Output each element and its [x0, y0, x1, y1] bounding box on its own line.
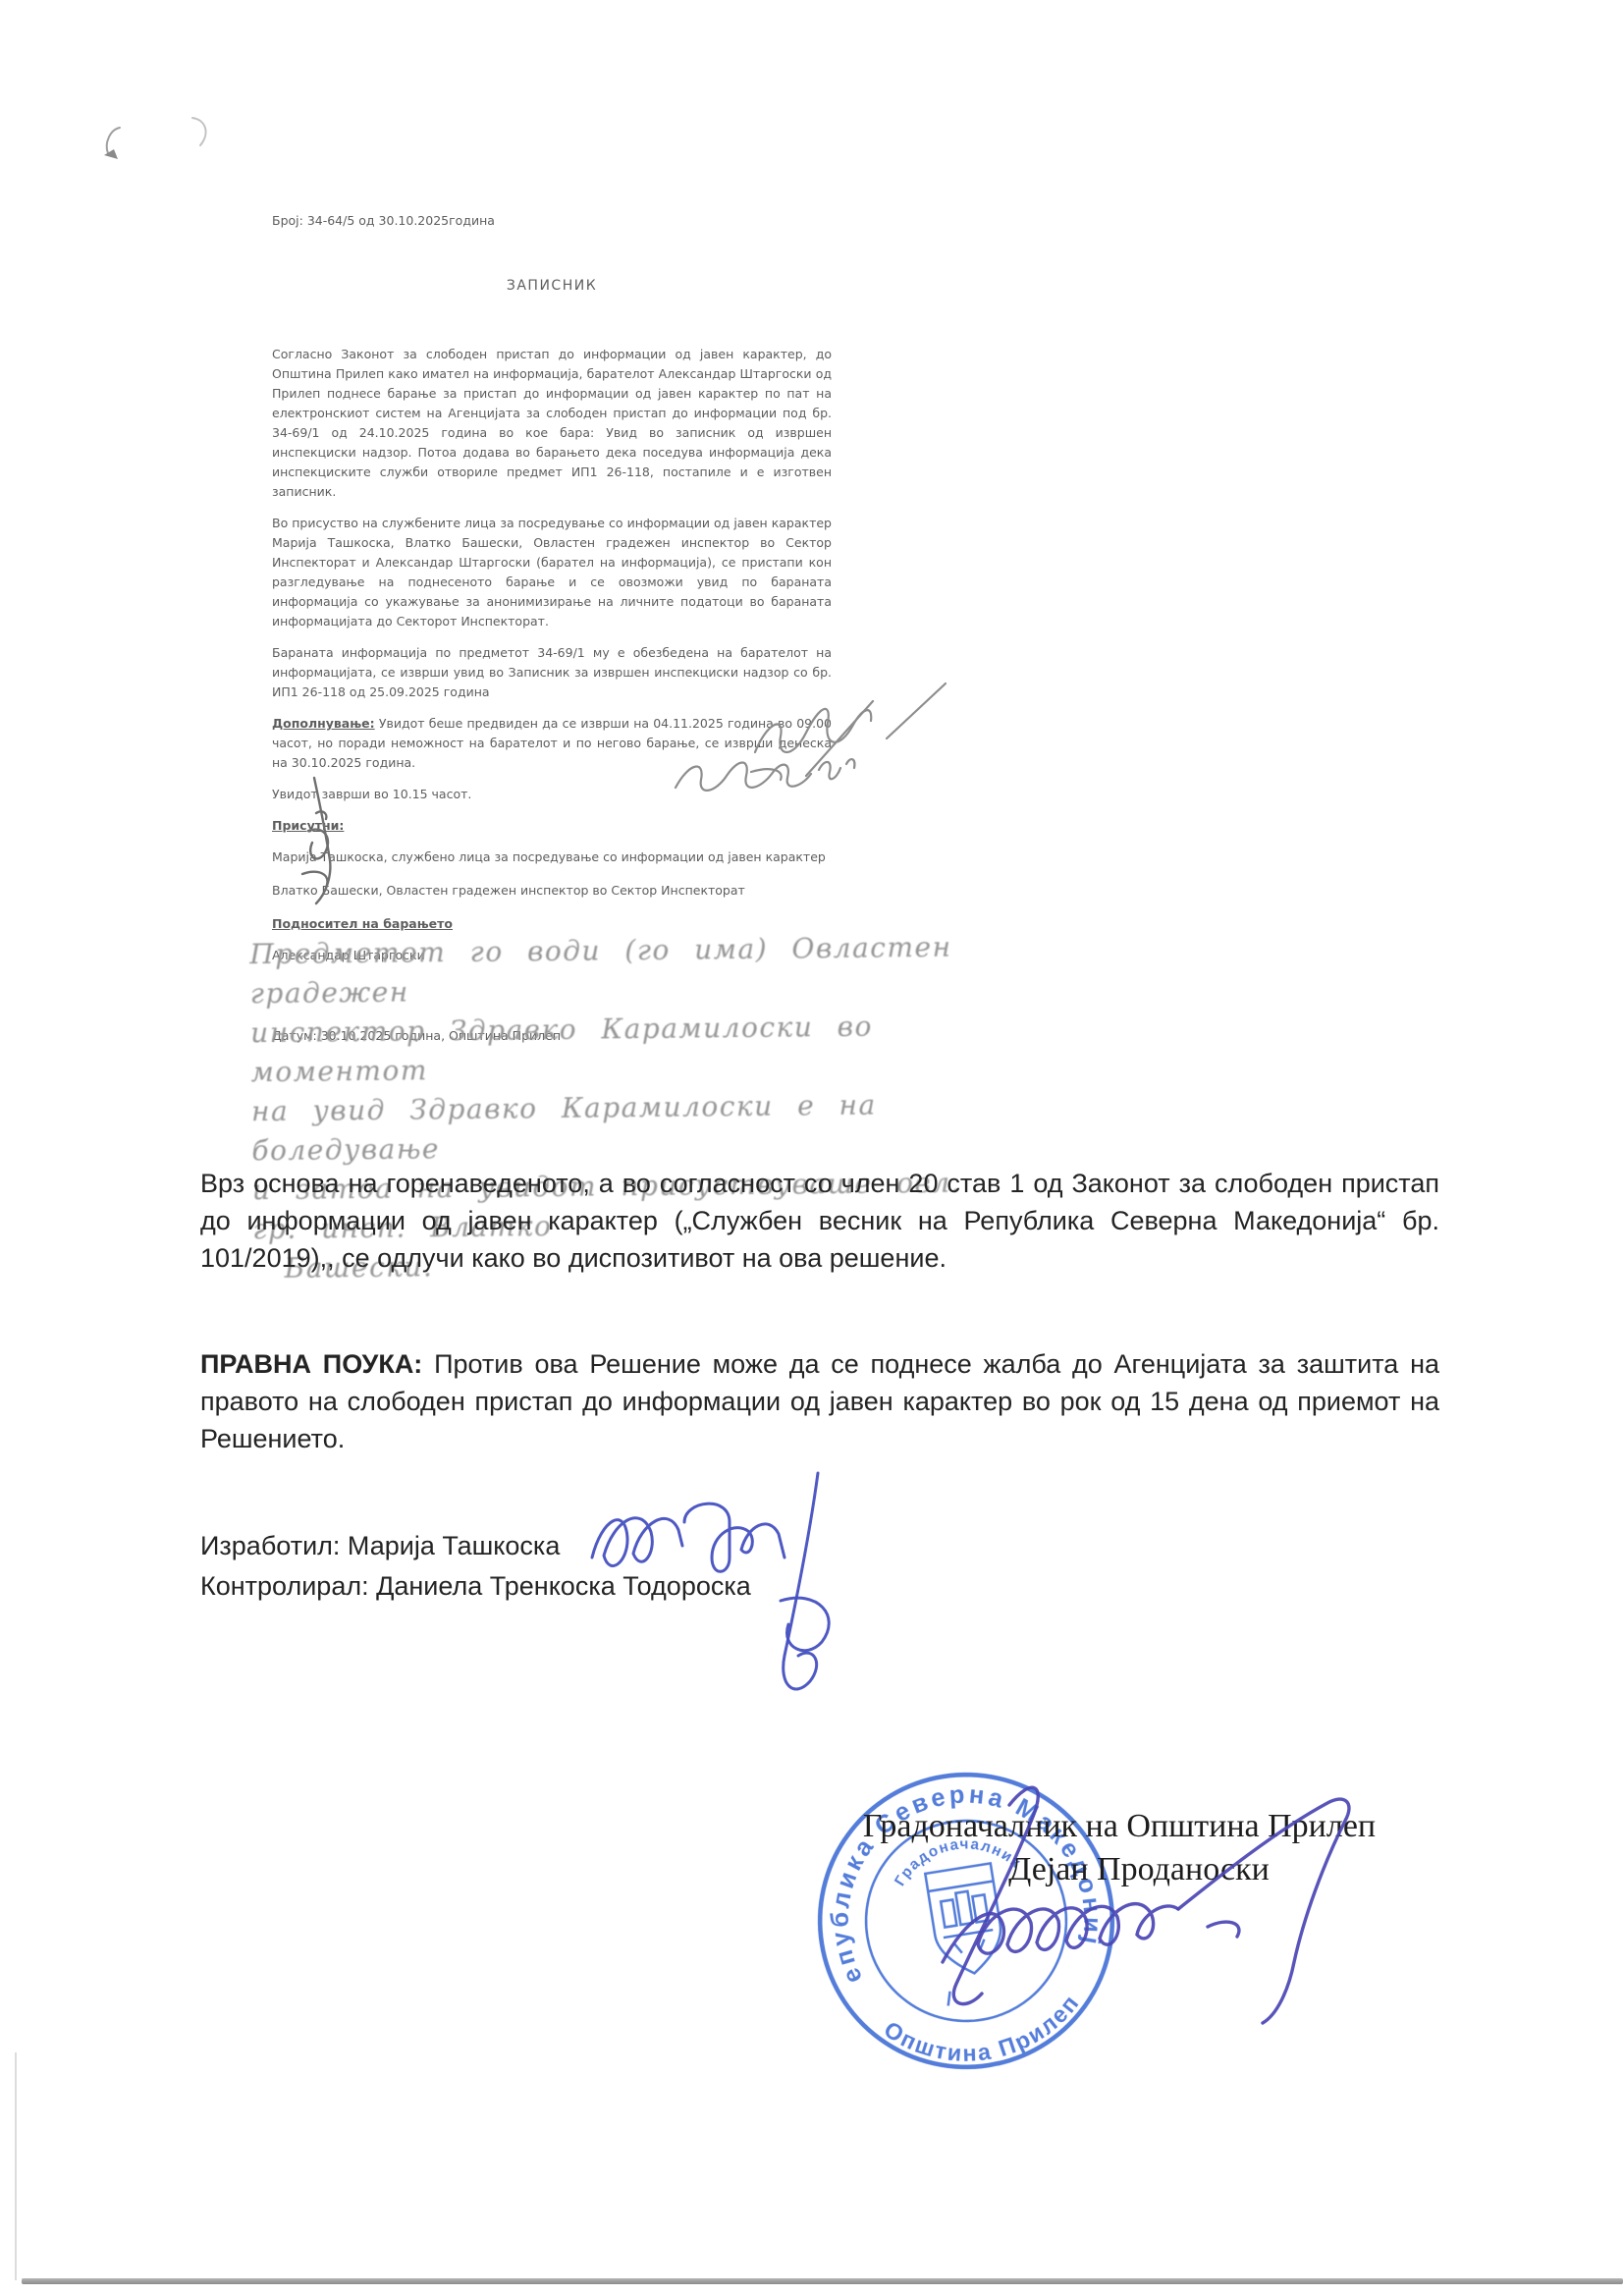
signature-attendee-2 — [670, 735, 861, 811]
paragraph-intro: Согласно Законот за слободен пристап до … — [272, 345, 832, 502]
scan-edge-left — [15, 2052, 17, 2280]
handwritten-line: инспектор Здравко Карамилоски во моменто… — [250, 1006, 1027, 1092]
scanned-document-page: Број: 34-64/5 од 30.10.2025година ЗАПИСН… — [0, 0, 1623, 2296]
document-title: ЗАПИСНИК — [272, 276, 832, 296]
document-number: Број: 34-64/5 од 30.10.2025година — [272, 211, 832, 231]
paragraph-presence: Во присуство на службените лица за посре… — [272, 514, 832, 631]
handwritten-line: Предметот го води (го има) Овластен град… — [249, 927, 1026, 1013]
handwritten-line: на увид Здравко Карамилоски е на боледув… — [251, 1084, 1028, 1171]
signature-mayor — [884, 1770, 1414, 2035]
supplement-label: Дополнување: — [272, 716, 375, 731]
scan-artifact-marks — [96, 108, 224, 167]
decision-basis-paragraph: Врз основа на горенаведеното, а во согла… — [200, 1165, 1439, 1277]
signature-applicant — [287, 774, 365, 911]
signature-prepared-by — [574, 1463, 869, 1709]
scan-edge-bottom — [22, 2278, 1623, 2284]
legal-remedy-label: ПРАВНА ПОУКА: — [200, 1349, 422, 1379]
legal-remedy-paragraph: ПРАВНА ПОУКА: Против ова Решение може да… — [200, 1345, 1439, 1457]
